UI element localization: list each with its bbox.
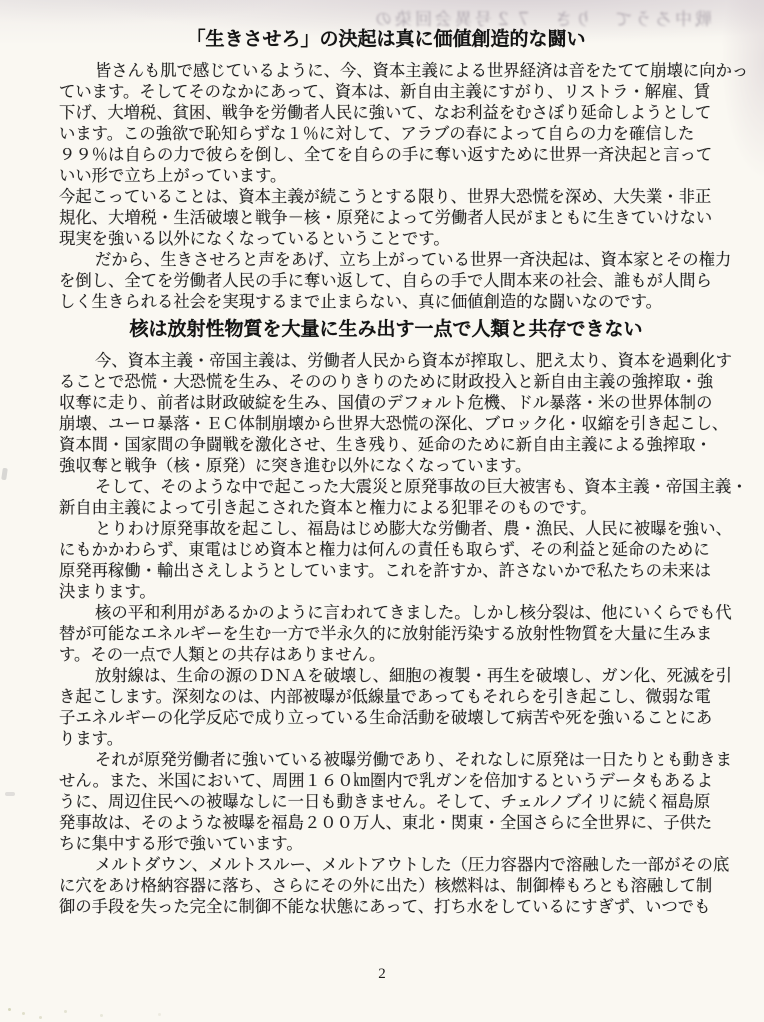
- text-line: 発事故は、そのような被曝を福島２００万人、東北・関東・全国さらに全世界に、子供た: [59, 812, 713, 833]
- text-line: だから、生きさせろと声をあげ、立ち上がっている世界一斉決起は、資本家とその権力: [59, 249, 713, 270]
- text-line: いい形で立ち上がっています。: [59, 165, 713, 186]
- paragraph: 放射線は、生命の源のＤＮＡを破壊し、細胞の複製・再生を破壊し、ガン化、死滅を引き…: [59, 665, 713, 749]
- text-line: 規化、大増税・生活破壊と戦争－核・原発によって労働者人民がまともに生きていけない: [59, 207, 713, 228]
- text-line: せん。また、米国において、周囲１６０㎞圏内で乳ガンを倍加するというデータもあるよ: [59, 770, 713, 791]
- page-number: 2: [0, 966, 764, 983]
- text-line: とりわけ原発事故を起こし、福島はじめ膨大な労働者、農・漁民、人民に被曝を強い、: [59, 518, 713, 539]
- section-heading: 「生きさせろ」の決起は真に価値創造的な闘い: [59, 28, 713, 52]
- text-line: います。この強欲で恥知らずな１％に対して、アラブの春によって自らの力を確信した: [59, 123, 713, 144]
- paragraph: 今起こっていることは、資本主義が続こうとする限り、世界大恐慌を深め、大失業・非正…: [59, 186, 713, 249]
- text-line: す。その一点で人類との共存はありません。: [59, 644, 713, 665]
- text-line: そして、そのような中で起こった大震災と原発事故の巨大被害も、資本主義・帝国主義・: [59, 476, 713, 497]
- text-line: ります。: [59, 728, 713, 749]
- paragraph: メルトダウン、メルトスルー、メルトアウトした（圧力容器内で溶融した一部がその底に…: [59, 854, 713, 917]
- text-line: 放射線は、生命の源のＤＮＡを破壊し、細胞の複製・再生を破壊し、ガン化、死滅を引: [59, 665, 713, 686]
- text-line: に穴をあけ格納容器に落ち、さらにその外に出た）核燃料は、制御棒もろとも溶融して制: [59, 875, 713, 896]
- text-line: 皆さんも肌で感じているように、今、資本主義による世界経済は音をたてて崩壊に向かっ: [59, 60, 713, 81]
- document-page: 戦中ろうて りさ ７２号異会回染の 「生きさせろ」の決起は真に価値創造的な闘い皆…: [0, 0, 764, 1022]
- text-line: にもかかわらず、東電はじめ資本と権力は何んの責任も取らず、その利益と延命のために: [59, 539, 713, 560]
- text-line: を倒し、全てを労働者人民の手に奪い返して、自らの手で人間本来の社会、誰もが人間ら: [59, 270, 713, 291]
- text-line: うに、周辺住民への被曝なしに一日も動きません。そして、チェルノブイリに続く福島原: [59, 791, 713, 812]
- document-body: 「生きさせろ」の決起は真に価値創造的な闘い皆さんも肌で感じているように、今、資本…: [59, 28, 713, 917]
- text-line: 下げ、大増税、貧困、戦争を労働者人民に強いて、なお利益をむさぼり延命しようとして: [59, 102, 713, 123]
- scan-speckles: [8, 1008, 11, 1011]
- text-line: しく生きられる社会を実現するまで止まらない、真に価値創造的な闘いなのです。: [59, 291, 713, 312]
- text-line: ています。そしてそのなかにあって、資本は、新自由主義にすがり、リストラ・解雇、賃: [59, 81, 713, 102]
- text-line: き起こします。深刻なのは、内部被曝が低線量であってもそれらを引き起こし、微弱な電: [59, 686, 713, 707]
- text-line: 核の平和利用があるかのように言われてきました。しかし核分裂は、他にいくらでも代: [59, 602, 713, 623]
- paragraph: それが原発労働者に強いている被曝労働であり、それなしに原発は一日たりとも動きませ…: [59, 749, 713, 854]
- text-line: 資本間・国家間の争闘戦を激化させ、生き残り、延命のために新自由主義による強搾取・: [59, 434, 713, 455]
- scan-edge-artifact: [1, 468, 8, 481]
- section-heading: 核は放射性物質を大量に生み出す一点で人類と共存できない: [59, 318, 713, 342]
- paragraph: そして、そのような中で起こった大震災と原発事故の巨大被害も、資本主義・帝国主義・…: [59, 476, 713, 518]
- text-line: 強収奪と戦争（核・原発）に突き進む以外になくなっています。: [59, 455, 713, 476]
- paragraph: だから、生きさせろと声をあげ、立ち上がっている世界一斉決起は、資本家とその権力を…: [59, 249, 713, 312]
- text-line: 子エネルギーの化学反応で成り立っている生命活動を破壊して病苦や死を強いることにあ: [59, 707, 713, 728]
- text-line: ちに集中する形で強いています。: [59, 833, 713, 854]
- text-line: 原発再稼働・輸出さえしようとしています。これを許すか、許さないかで私たちの未来は: [59, 560, 713, 581]
- text-line: メルトダウン、メルトスルー、メルトアウトした（圧力容器内で溶融した一部がその底: [59, 854, 713, 875]
- paragraph: とりわけ原発事故を起こし、福島はじめ膨大な労働者、農・漁民、人民に被曝を強い、に…: [59, 518, 713, 602]
- paragraph: 核の平和利用があるかのように言われてきました。しかし核分裂は、他にいくらでも代替…: [59, 602, 713, 665]
- text-line: ９９％は自らの力で彼らを倒し、全てを自らの手に奪い返すために世界一斉決起と言って: [59, 144, 713, 165]
- text-line: 崩壊、ユーロ暴落・ＥＣ体制崩壊から世界大恐慌の深化、ブロック化・収縮を引き起こし…: [59, 413, 713, 434]
- text-line: 収奪に走り、前者は財政破綻を生み、国債のデフォルト危機、ドル暴落・米の世界体制の: [59, 392, 713, 413]
- scan-edge-artifact: [5, 792, 15, 796]
- text-line: 替が可能なエネルギーを生む一方で半永久的に放射能汚染する放射性物質を大量に生みま: [59, 623, 713, 644]
- text-line: 新自由主義によって引き起こされた資本と権力による犯罪そのものです。: [59, 497, 713, 518]
- text-line: 御の手段を失った完全に制御不能な状態にあって、打ち水をしているにすぎず、いつでも: [59, 896, 713, 917]
- paragraph: 皆さんも肌で感じているように、今、資本主義による世界経済は音をたてて崩壊に向かっ…: [59, 60, 713, 186]
- text-line: それが原発労働者に強いている被曝労働であり、それなしに原発は一日たりとも動きま: [59, 749, 713, 770]
- text-line: 決まります。: [59, 581, 713, 602]
- paragraph: 今、資本主義・帝国主義は、労働者人民から資本が搾取し、肥え太り、資本を過剰化する…: [59, 350, 713, 476]
- text-line: 今、資本主義・帝国主義は、労働者人民から資本が搾取し、肥え太り、資本を過剰化す: [59, 350, 713, 371]
- text-line: ることで恐慌・大恐慌を生み、そののりきりのために財政投入と新自由主義の強搾取・強: [59, 371, 713, 392]
- text-line: 今起こっていることは、資本主義が続こうとする限り、世界大恐慌を深め、大失業・非正: [59, 186, 713, 207]
- text-line: 現実を強いる以外になくなっているということです。: [59, 228, 713, 249]
